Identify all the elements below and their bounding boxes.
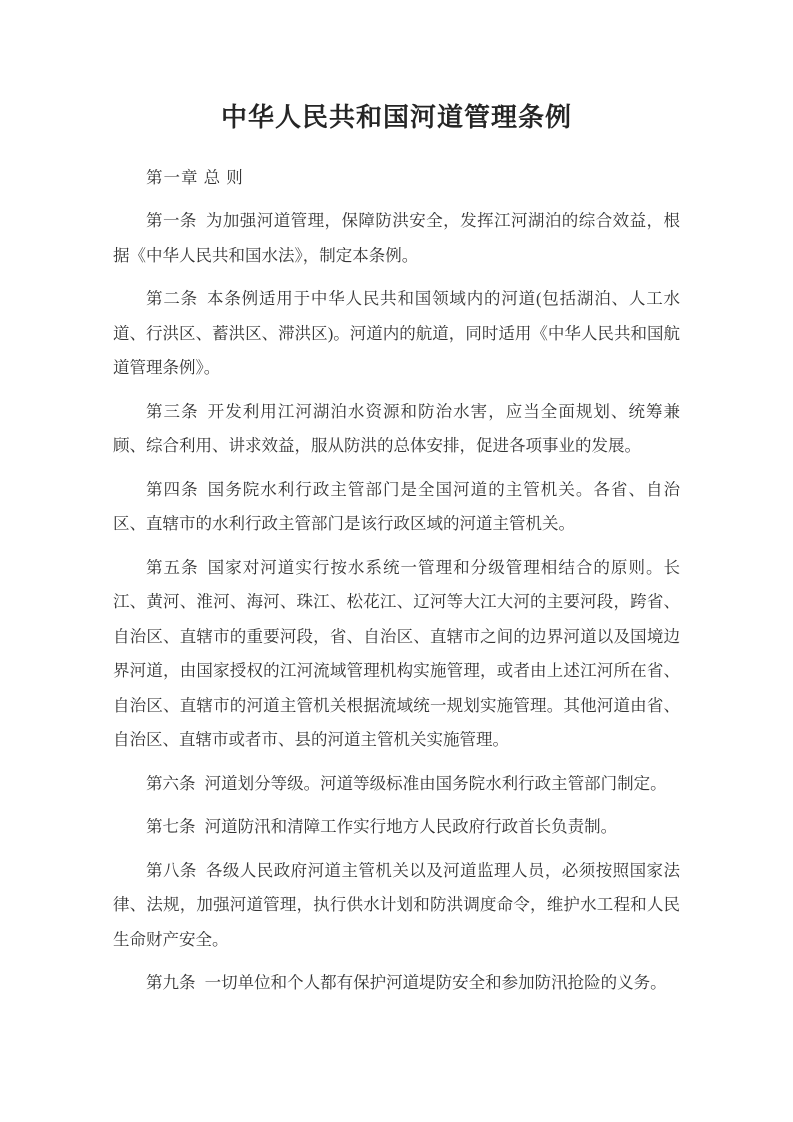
article-1-number: 第一条 <box>146 211 197 230</box>
article-6-paragraph: 第六条河道划分等级。河道等级标准由国务院水利行政主管部门制定。 <box>113 767 680 802</box>
document-page: 中华人民共和国河道管理条例 第一章 总 则 第一条为加强河道管理，保障防洪安全，… <box>0 0 793 1122</box>
article-6-text: 河道划分等级。河道等级标准由国务院水利行政主管部门制定。 <box>205 774 667 793</box>
article-6-number: 第六条 <box>146 774 196 793</box>
article-7-paragraph: 第七条河道防汛和清障工作实行地方人民政府行政首长负责制。 <box>113 810 680 845</box>
article-8-paragraph: 第八条各级人民政府河道主管机关以及河道监理人员，必须按照国家法律、法规，加强河道… <box>113 854 680 958</box>
article-5-paragraph: 第五条国家对河道实行按水系统一管理和分级管理相结合的原则。长江、黄河、淮河、海河… <box>113 551 680 758</box>
chapter-heading: 第一章 总 则 <box>113 164 680 192</box>
article-4-number: 第四条 <box>146 480 199 499</box>
article-9-paragraph: 第九条一切单位和个人都有保护河道堤防安全和参加防汛抢险的义务。 <box>113 966 680 1001</box>
article-2-text: 本条例适用于中华人民共和国领域内的河道(包括湖泊、人工水道、行洪区、蓄洪区、滞洪… <box>113 289 680 377</box>
article-5-number: 第五条 <box>146 558 199 577</box>
article-3-paragraph: 第三条开发利用江河湖泊水资源和防治水害，应当全面规划、统筹兼顾、综合利用、讲求效… <box>113 395 680 464</box>
article-2-paragraph: 第二条本条例适用于中华人民共和国领域内的河道(包括湖泊、人工水道、行洪区、蓄洪区… <box>113 282 680 386</box>
article-7-text: 河道防汛和清障工作实行地方人民政府行政首长负责制。 <box>205 817 618 836</box>
article-4-paragraph: 第四条国务院水利行政主管部门是全国河道的主管机关。各省、自治区、直辖市的水利行政… <box>113 473 680 542</box>
article-1-paragraph: 第一条为加强河道管理，保障防洪安全，发挥江河湖泊的综合效益，根据《中华人民共和国… <box>113 204 680 273</box>
article-9-number: 第九条 <box>146 973 196 992</box>
article-5-text: 国家对河道实行按水系统一管理和分级管理相结合的原则。长江、黄河、淮河、海河、珠江… <box>113 558 680 750</box>
article-7-number: 第七条 <box>146 817 196 836</box>
article-1-text: 为加强河道管理，保障防洪安全，发挥江河湖泊的综合效益，根据《中华人民共和国水法》… <box>113 211 680 265</box>
article-8-text: 各级人民政府河道主管机关以及河道监理人员，必须按照国家法律、法规，加强河道管理，… <box>113 861 680 949</box>
article-3-number: 第三条 <box>146 402 199 421</box>
article-8-number: 第八条 <box>146 861 197 880</box>
document-body: { "page": { "colors": { "page-bg": "#fff… <box>0 0 793 1122</box>
article-2-number: 第二条 <box>146 289 198 308</box>
document-title: 中华人民共和国河道管理条例 <box>113 100 680 136</box>
article-9-text: 一切单位和个人都有保护河道堤防安全和参加防汛抢险的义务。 <box>205 973 667 992</box>
